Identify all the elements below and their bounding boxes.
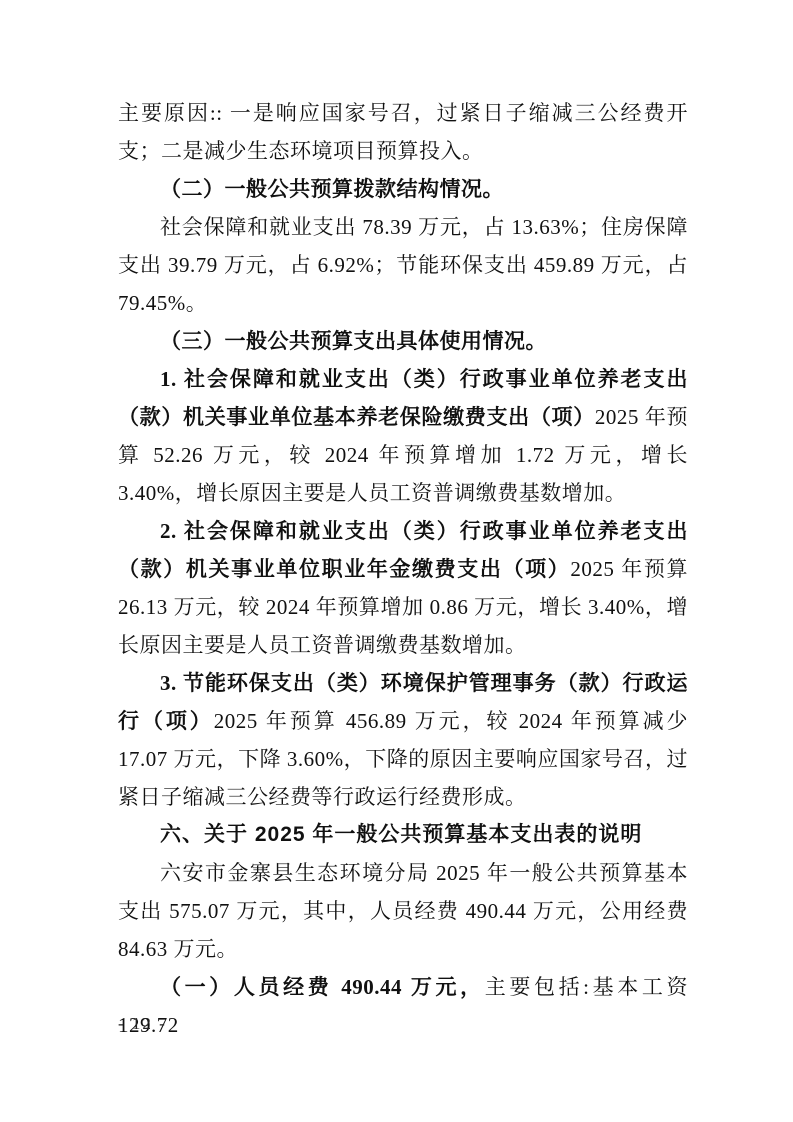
document-page: 主要原因:: 一是响应国家号召，过紧日子缩减三公经费开支；二是减少生态环境项目预… (0, 0, 793, 1122)
paragraph-text: 主要原因:: 一是响应国家号召，过紧日子缩减三公经费开支；二是减少生态环境项目预… (118, 101, 688, 163)
para-item-1-pension-basic: 1. 社会保障和就业支出（类）行政事业单位养老支出（款）机关事业单位基本养老保险… (118, 360, 688, 512)
page-number: - 12 - (118, 1012, 167, 1036)
heading-section-3: （三）一般公共预算支出具体使用情况。 (118, 322, 688, 360)
document-content: 主要原因:: 一是响应国家号召，过紧日子缩减三公经费开支；二是减少生态环境项目预… (118, 94, 688, 1044)
para-allocation-structure: 社会保障和就业支出 78.39 万元，占 13.63%；住房保障支出 39.79… (118, 208, 688, 322)
heading-section-6: 六、关于 2025 年一般公共预算基本支出表的说明 (118, 816, 688, 854)
para-basic-expenditure-total: 六安市金寨县生态环境分局 2025 年一般公共预算基本支出 575.07 万元，… (118, 854, 688, 968)
para-continuation-reason: 主要原因:: 一是响应国家号召，过紧日子缩减三公经费开支；二是减少生态环境项目预… (118, 94, 688, 170)
para-item-3-environment: 3. 节能环保支出（类）环境保护管理事务（款）行政运行（项）2025 年预算 4… (118, 664, 688, 816)
heading-text: （二）一般公共预算拨款结构情况。 (160, 177, 504, 201)
paragraph-text: 六安市金寨县生态环境分局 2025 年一般公共预算基本支出 575.07 万元，… (118, 861, 688, 961)
heading-section-2: （二）一般公共预算拨款结构情况。 (118, 170, 688, 208)
heading-text: 六、关于 2025 年一般公共预算基本支出表的说明 (160, 823, 642, 846)
para-personnel-funds: （一）人员经费 490.44 万元，主要包括:基本工资 129.72 (118, 968, 688, 1044)
paragraph-text: 社会保障和就业支出 78.39 万元，占 13.63%；住房保障支出 39.79… (118, 215, 688, 315)
para-item-2-annuity: 2. 社会保障和就业支出（类）行政事业单位养老支出（款）机关事业单位职业年金缴费… (118, 512, 688, 664)
heading-text: （三）一般公共预算支出具体使用情况。 (160, 329, 547, 353)
paragraph-lead-bold: （一）人员经费 490.44 万元， (160, 975, 485, 999)
